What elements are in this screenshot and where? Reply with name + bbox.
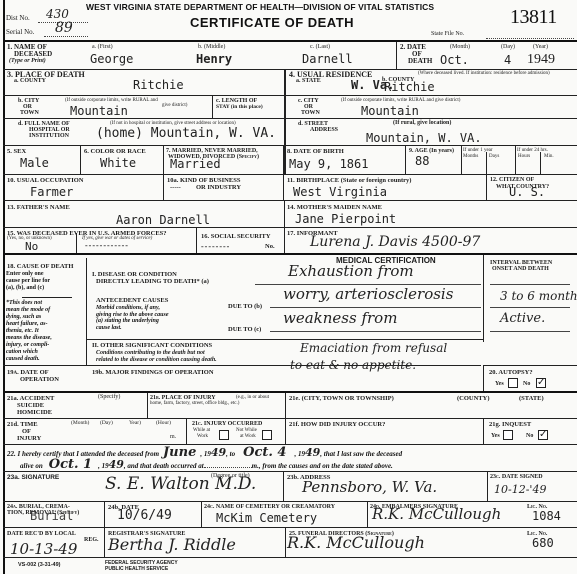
form-number: VS-002 (3-31-49) — [18, 562, 61, 569]
embalmer-license: 1084 — [532, 510, 561, 522]
instruction-line: thenia, etc. It — [6, 328, 84, 335]
disposition: Burial — [30, 510, 73, 522]
father-name: Aaron Darnell — [116, 214, 210, 226]
mother-maiden-name: Jane Pierpoint — [295, 213, 396, 225]
date-signed: 10-12-'49 — [494, 484, 546, 496]
funeral-director-license: 680 — [532, 537, 554, 549]
instruction-line: mean the mode of — [6, 307, 84, 314]
instruction-line: *This does not — [6, 300, 84, 307]
attended-from: June — [163, 445, 196, 460]
birthplace: West Virginia — [293, 186, 387, 198]
instruction-line: injury, or compli- — [6, 342, 84, 349]
cemetery-name: McKim Cemetery — [216, 512, 317, 524]
cause-a: Exhaustion from — [288, 265, 414, 277]
inquest-no-checkbox[interactable]: ✓ — [538, 430, 548, 440]
injury-at-work-checkbox[interactable] — [219, 430, 229, 440]
middle-name: Henry — [196, 53, 232, 65]
inquest-yes-checkbox[interactable] — [503, 430, 513, 440]
certificate-title: CERTIFICATE OF DEATH — [190, 15, 354, 30]
serial-no-label: Serial No. — [6, 30, 34, 36]
residence-city: Mountain — [361, 105, 419, 117]
citizenship: U. S. — [509, 186, 545, 198]
cause-footnote: *This does notmean the mode ofdying, suc… — [6, 300, 84, 363]
first-name: George — [90, 53, 133, 65]
physician-signature: S. E. Walton M.D. — [105, 478, 256, 490]
instruction-line: means the disease, — [6, 335, 84, 342]
occupation: Farmer — [30, 186, 73, 198]
dist-no-label: Dist No. — [6, 16, 30, 22]
injury-not-at-work-checkbox[interactable] — [262, 430, 272, 440]
registrar-signature: Bertha J. Riddle — [108, 539, 236, 551]
certify-line-2: alive onOct. 1, 1949, and that death occ… — [20, 459, 393, 471]
burial-date: 10/6/49 — [117, 510, 172, 522]
interval-value: 3 to 6 months — [500, 290, 577, 302]
state-file-label: State File No. — [431, 32, 464, 38]
last-name: Darnell — [302, 53, 353, 65]
death-year: 1949 — [527, 54, 555, 66]
informant: Lurena J. Davis 4500-97 — [310, 236, 480, 248]
date-of-birth: May 9, 1861 — [289, 158, 368, 170]
age: 88 — [415, 155, 429, 167]
death-city: Mountain — [70, 105, 128, 117]
date-received: 10-13-49 — [10, 543, 77, 555]
physician-address: Pennsboro, W. Va. — [302, 481, 437, 493]
cause-b: worry, arteriosclerosis — [283, 288, 453, 300]
dist-no: 430 — [46, 8, 69, 20]
instruction-line: Enter only one — [6, 271, 84, 278]
serial-no: 89 — [55, 22, 73, 34]
cause-c: weakness from — [283, 312, 397, 324]
race: White — [100, 157, 136, 169]
death-county: Ritchie — [133, 79, 184, 91]
instruction-line: caused death. — [6, 356, 84, 363]
sex: Male — [20, 157, 49, 169]
last-seen-alive: Oct. 1 — [49, 457, 92, 472]
instruction-line: cation which — [6, 349, 84, 356]
street-address: Mountain, W. VA. — [366, 132, 482, 144]
instruction-line: dying, such as — [6, 314, 84, 321]
agency-title: WEST VIRGINIA STATE DEPARTMENT OF HEALTH… — [86, 2, 434, 12]
cause-instructions: Enter only onecause per line for(a), (b)… — [6, 271, 84, 292]
armed-forces: No — [25, 241, 38, 253]
state-file-number: 13811 — [510, 6, 557, 29]
interval-value-2: Active. — [500, 313, 545, 325]
funeral-director-signature: R.K. McCullough — [287, 537, 425, 549]
embalmer-signature: R.K. McCullough — [372, 508, 501, 520]
autopsy-yes-checkbox[interactable] — [508, 378, 518, 388]
death-certificate: Dist No. 430 Serial No. 89 WEST VIRGINIA… — [0, 0, 577, 574]
marital-status: Married — [170, 158, 221, 170]
other-conditions: Emaciation from refusal — [300, 342, 447, 354]
instruction-line: heart failure, as- — [6, 321, 84, 328]
autopsy-no-checkbox[interactable]: ✓ — [536, 378, 546, 388]
attended-to: Oct. 4 — [243, 445, 286, 460]
instruction-line: cause per line for — [6, 278, 84, 285]
residence-county: Ritchie — [384, 81, 435, 93]
death-day: 4 — [504, 54, 511, 66]
instruction-line: (a), (b), and (c) — [6, 285, 84, 292]
hospital-name: (home) Mountain, W. VA. — [96, 128, 276, 140]
death-month: Oct. — [440, 54, 469, 66]
